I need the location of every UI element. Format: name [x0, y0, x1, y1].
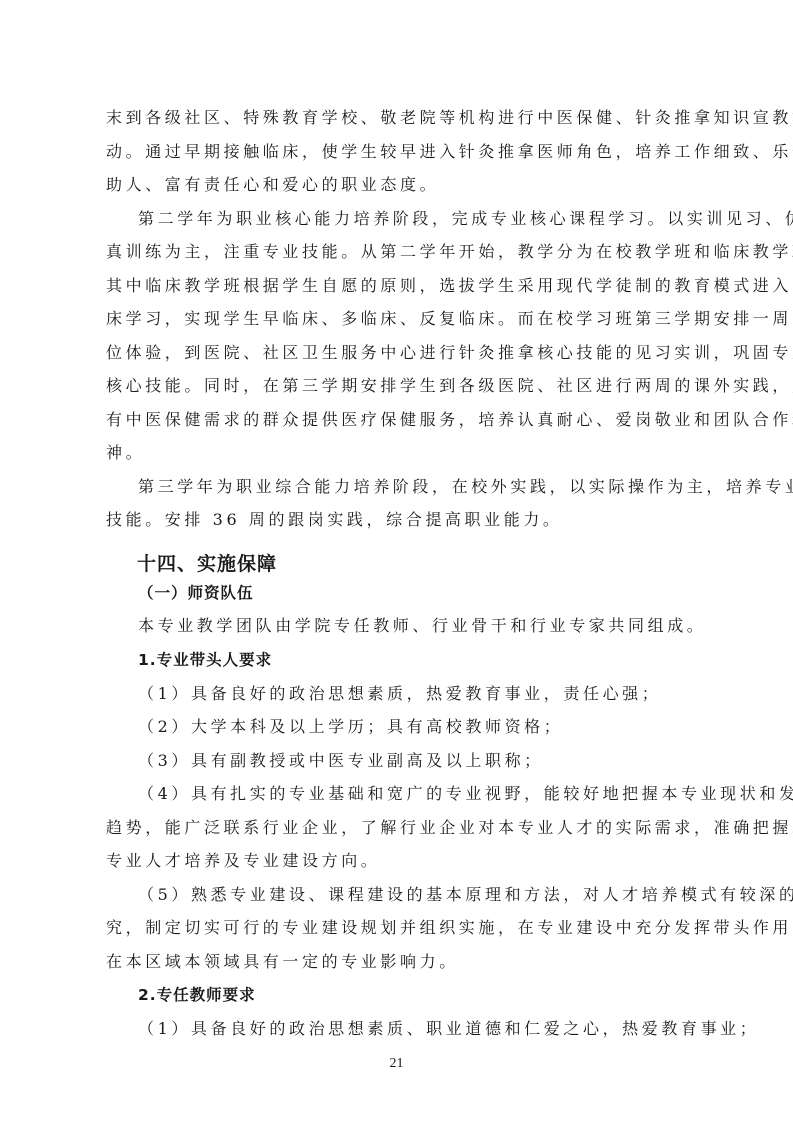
paragraph-line: 床学习，实现学生早临床、多临床、反复临床。而在校学习班第三学期安排一周岗 — [106, 309, 690, 329]
paragraph-line: 神。 — [106, 443, 690, 463]
section-heading: 十四、实施保障 — [137, 552, 277, 576]
paragraph-line: 有中医保健需求的群众提供医疗保健服务，培养认真耐心、爱岗敬业和团队合作精 — [106, 410, 690, 430]
leader-requirements-heading: 1.专业带头人要求 — [138, 650, 272, 670]
leader-item-2: （2）大学本科及以上学历；具有高校教师资格； — [138, 717, 690, 737]
paragraph-line: 动。通过早期接触临床，使学生较早进入针灸推拿医师角色，培养工作细致、乐于 — [106, 142, 690, 162]
paragraph-line: 其中临床教学班根据学生自愿的原则，选拔学生采用现代学徒制的教育模式进入临 — [106, 276, 690, 296]
leader-item-1: （1）具备良好的政治思想素质，热爱教育事业，责任心强； — [138, 684, 690, 704]
document-page: 末到各级社区、特殊教育学校、敬老院等机构进行中医保健、针灸推拿知识宣教活 动。通… — [0, 0, 793, 1122]
teacher-requirements-heading: 2.专任教师要求 — [138, 985, 256, 1005]
paragraph-line: 助人、富有责任心和爱心的职业态度。 — [106, 175, 690, 195]
leader-item-3: （3）具有副教授或中医专业副高及以上职称； — [138, 751, 690, 771]
paragraph-line: 第二学年为职业核心能力培养阶段，完成专业核心课程学习。以实训见习、仿 — [138, 209, 690, 229]
paragraph-line: 真训练为主，注重专业技能。从第二学年开始，教学分为在校教学班和临床教学班， — [106, 242, 690, 262]
paragraph-line: 核心技能。同时，在第三学期安排学生到各级医院、社区进行两周的课外实践，为 — [106, 376, 690, 396]
subsection-heading: （一）师资队伍 — [138, 583, 254, 603]
paragraph-line: 第三学年为职业综合能力培养阶段，在校外实践，以实际操作为主，培养专业 — [138, 477, 690, 497]
paragraph-line: 位体验，到医院、社区卫生服务中心进行针灸推拿核心技能的见习实训，巩固专业 — [106, 343, 690, 363]
leader-item-4: （4）具有扎实的专业基础和宽广的专业视野，能较好地把握本专业现状和发展 — [138, 784, 690, 804]
teacher-item-1: （1）具备良好的政治思想素质、职业道德和仁爱之心，热爱教育事业； — [138, 1019, 690, 1039]
leader-item-5-cont: 在本区域本领域具有一定的专业影响力。 — [106, 952, 690, 972]
page-number: 21 — [0, 1056, 793, 1072]
leader-item-5: （5）熟悉专业建设、课程建设的基本原理和方法，对人才培养模式有较深的研 — [138, 885, 690, 905]
leader-item-5-cont: 究，制定切实可行的专业建设规划并组织实施，在专业建设中充分发挥带头作用， — [106, 918, 690, 938]
leader-item-4-cont: 趋势，能广泛联系行业企业，了解行业企业对本专业人才的实际需求，准确把握本 — [106, 818, 690, 838]
leader-item-4-cont: 专业人才培养及专业建设方向。 — [106, 851, 690, 871]
paragraph-line: 末到各级社区、特殊教育学校、敬老院等机构进行中医保健、针灸推拿知识宣教活 — [106, 108, 690, 128]
intro-text: 本专业教学团队由学院专任教师、行业骨干和行业专家共同组成。 — [138, 616, 690, 636]
paragraph-line: 技能。安排 36 周的跟岗实践，综合提高职业能力。 — [106, 510, 690, 530]
